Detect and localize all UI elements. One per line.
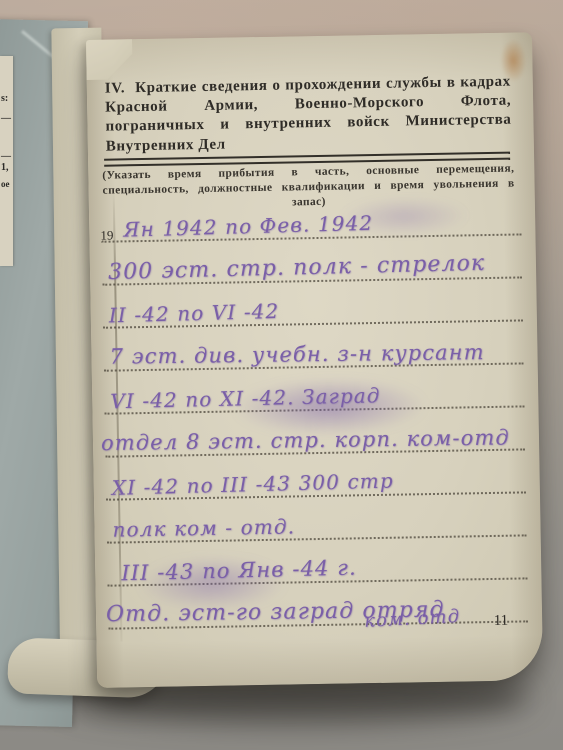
cutoff-text-fragment: — — [1, 114, 11, 124]
handwritten-note: ком. отд — [364, 606, 461, 632]
entry-row: полк ком - отд. — [106, 493, 527, 543]
cutoff-text-fragment: 1, — [1, 163, 9, 173]
cutoff-text-fragment: s: — [1, 94, 8, 104]
handwritten-entry: 7 эст. див. учебн. з-н курсант — [109, 340, 484, 369]
handwritten-entry: полк ком - отд. — [112, 514, 295, 541]
handwritten-entry: VI -42 по XI -42. Заград — [110, 383, 381, 413]
entry-row: III -43 по Янв -44 г. — [107, 536, 528, 586]
entry-row: 300 эст. стр. полк - стрелок — [102, 235, 523, 285]
left-page-edge: s: — — 1, ое — [0, 56, 13, 266]
handwritten-entry: Ян 1942 по Фев. 1942 — [123, 211, 373, 242]
entry-row: VI -42 по XI -42. Заград — [104, 364, 525, 414]
page-number: 11 — [494, 613, 509, 630]
entry-row: 7 эст. див. учебн. з-н курсант — [103, 321, 524, 371]
section-heading: IV.Краткие сведения о прохождении службы… — [105, 73, 512, 157]
entry-row: отдел 8 эст. стр. корп. ком-отд — [105, 407, 526, 457]
cutoff-text-fragment: — — [1, 152, 11, 162]
handwritten-entry: XI -42 по III -43 300 стр — [112, 468, 395, 499]
printed-year-prefix: 19 — [100, 228, 113, 244]
entry-row: XI -42 по III -43 300 стр — [105, 450, 526, 500]
section-heading-text: Краткие сведения о прохождении службы в … — [105, 74, 512, 155]
handwritten-entry: II -42 по VI -42 — [108, 299, 279, 327]
handwritten-entry: отдел 8 эст. стр. корп. ком-отд — [101, 425, 510, 455]
entry-row: 19 Ян 1942 по Фев. 1942 — [101, 192, 522, 242]
entry-row: II -42 по VI -42 — [102, 278, 523, 328]
service-entries: 19 Ян 1942 по Фев. 1942 300 эст. стр. по… — [101, 192, 528, 629]
photo-background: s: — — 1, ое IV.Краткие сведения о прохо… — [0, 0, 563, 750]
document-page: IV.Краткие сведения о прохождении службы… — [86, 32, 543, 688]
handwritten-entry: III -43 по Янв -44 г. — [121, 556, 357, 586]
entry-row: Отд. эст-го заград отряд — [108, 579, 529, 629]
section-number: IV. — [105, 80, 126, 96]
cutoff-text-fragment: ое — [1, 180, 10, 189]
torn-corner — [86, 39, 133, 80]
